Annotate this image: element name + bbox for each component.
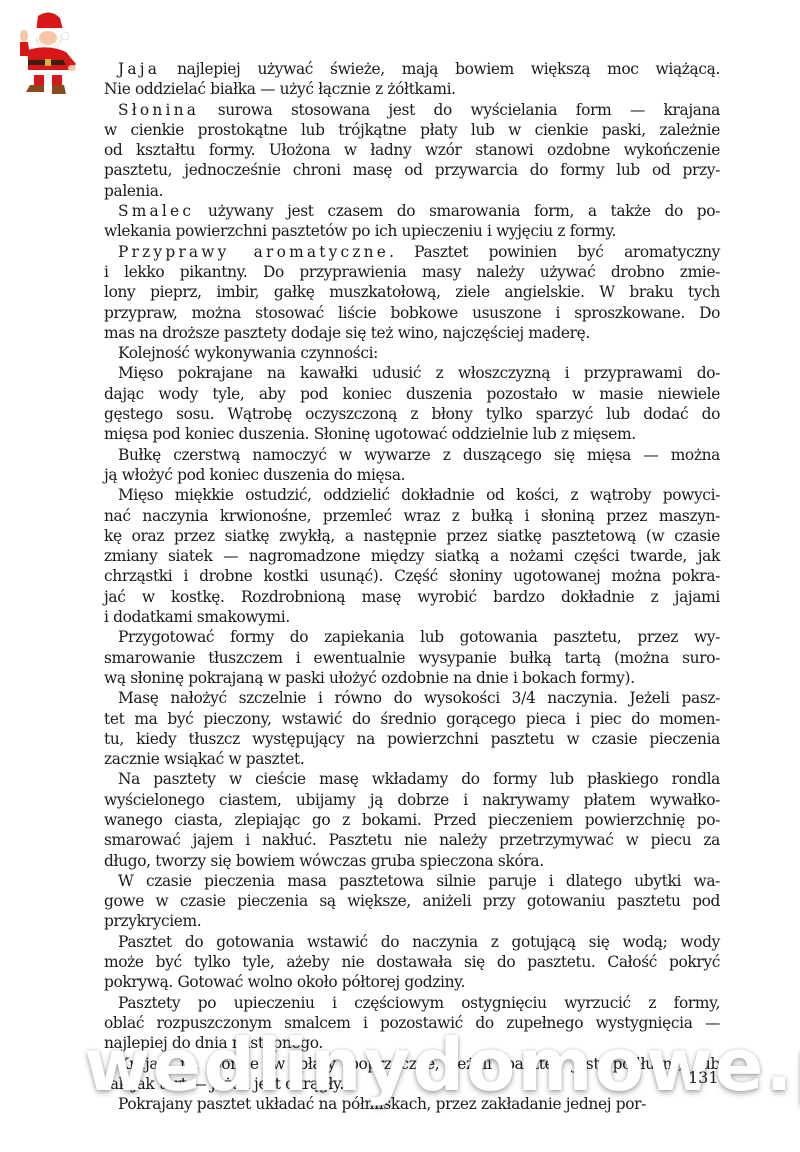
text-line: W czasie pieczenia masa pasztetowa silni…: [104, 871, 720, 891]
line-text: smarowanie tłuszczem i ewentualnie wysyp…: [104, 649, 720, 667]
line-text: od kształtu formy. Ułożona w ładny wzór …: [104, 141, 720, 159]
text-line: Bułkę czerstwą namoczyć w wywarze z dusz…: [104, 445, 720, 465]
text-line: Słonina surowa stosowana jest do wyściel…: [104, 100, 720, 120]
paragraph: Kolejność wykonywania czynności:: [104, 343, 720, 363]
watermark-text: wedlinydomowe.pl: [84, 1020, 704, 1110]
text-line: Nie oddzielać białka — użyć łącznie z żó…: [104, 79, 720, 99]
text-line: kę oraz przez siatkę zwykłą, a następnie…: [104, 526, 720, 546]
text-line: palenia.: [104, 181, 720, 201]
line-text: Masę nałożyć szczelnie i równo do wysoko…: [118, 689, 720, 707]
page-number: 131: [688, 1068, 719, 1087]
line-text: pokrywą. Gotować wolno około półtorej go…: [104, 973, 465, 991]
line-text: Kolejność wykonywania czynności:: [118, 344, 378, 362]
spaced-lead-term: Przyprawy aromatyczne: [118, 243, 389, 261]
line-text: długo, tworzy się bowiem wówczas gruba s…: [104, 852, 544, 870]
line-text: zacznie wsiąkać w pasztet.: [104, 750, 304, 768]
text-line: Mięso miękkie ostudzić, oddzielić dokład…: [104, 485, 720, 505]
text-line: mięsa pod koniec duszenia. Słoninę ugoto…: [104, 424, 720, 444]
line-text: chrząstki i drobne kostki usunąć). Część…: [104, 567, 720, 585]
paragraph: Jaja najlepiej używać świeże, mają bowie…: [104, 59, 720, 100]
text-line: gęstego sosu. Wątrobę oczyszczoną z błon…: [104, 404, 720, 424]
text-line: Przyprawy aromatyczne. Pasztet powinien …: [104, 242, 720, 262]
line-text: Mięso miękkie ostudzić, oddzielić dokład…: [118, 486, 720, 504]
text-line: Pasztet do gotowania wstawić do naczynia…: [104, 932, 720, 952]
line-text: tet ma być pieczony, wstawić do średnio …: [104, 710, 720, 728]
text-line: Przygotować formy do zapiekania lub goto…: [104, 627, 720, 647]
line-text: wanego ciasta, zlepiając go z bokami. Pr…: [104, 811, 720, 829]
text-line: nać naczynia krwionośne, przemleć wraz z…: [104, 506, 720, 526]
text-line: może być tylko tyle, ażeby nie dostawała…: [104, 952, 720, 972]
line-text: kę oraz przez siatkę zwykłą, a następnie…: [104, 527, 720, 545]
line-text: lony pieprz, imbir, gałkę muszkatołową, …: [104, 283, 720, 301]
paragraph: Bułkę czerstwą namoczyć w wywarze z dusz…: [104, 445, 720, 486]
line-text: W czasie pieczenia masa pasztetowa silni…: [118, 872, 720, 890]
text-line: zacznie wsiąkać w pasztet.: [104, 749, 720, 769]
paragraph: Mięso pokrajane na kawałki udusić z włos…: [104, 363, 720, 444]
paragraph: Smalec używany jest czasem do smarowania…: [104, 201, 720, 242]
spaced-lead-term: Smalec: [118, 202, 194, 220]
text-line: smarować jajem i nakłuć. Pasztetu nie na…: [104, 830, 720, 850]
document-page: Jaja najlepiej używać świeże, mają bowie…: [104, 59, 720, 1114]
line-text: tu, kiedy tłuszcz występujący na powierz…: [104, 730, 720, 748]
line-text: mas na droższe pasztety dodaje się też w…: [104, 324, 590, 342]
line-text: może być tylko tyle, ażeby nie dostawała…: [104, 953, 720, 971]
text-line: mas na droższe pasztety dodaje się też w…: [104, 323, 720, 343]
line-text: gowe w czasie pieczenia są większe, aniż…: [104, 892, 720, 910]
text-line: wą słoninę pokrajaną w paski ułożyć ozdo…: [104, 668, 720, 688]
paragraph: Mięso miękkie ostudzić, oddzielić dokład…: [104, 485, 720, 627]
text-line: od kształtu formy. Ułożona w ładny wzór …: [104, 140, 720, 160]
spaced-lead-term: Słonina: [118, 101, 199, 119]
text-line: Smalec używany jest czasem do smarowania…: [104, 201, 720, 221]
santa-claus-icon: [8, 8, 80, 98]
text-line: zmiany siatek — nagromadzone między siat…: [104, 546, 720, 566]
line-text: i dodatkami smakowymi.: [104, 608, 290, 626]
line-text: wyścielonego ciastem, ubijamy ją dobrze …: [104, 791, 720, 809]
line-text: używany jest czasem do smarowania form, …: [194, 202, 720, 220]
line-text: Nie oddzielać białka — użyć łącznie z żó…: [104, 80, 456, 98]
text-line: wlekania powierzchni pasztetów po ich up…: [104, 221, 720, 241]
line-text: mięsa pod koniec duszenia. Słoninę ugoto…: [104, 425, 636, 443]
text-line: gowe w czasie pieczenia są większe, aniż…: [104, 891, 720, 911]
text-line: przypraw, można stosować liście bobkowe …: [104, 303, 720, 323]
text-line: Mięso pokrajane na kawałki udusić z włos…: [104, 363, 720, 383]
line-text: gęstego sosu. Wątrobę oczyszczoną z błon…: [104, 405, 720, 423]
line-text: i lekko pikantny. Do przyprawienia masy …: [104, 263, 720, 281]
line-text: Bułkę czerstwą namoczyć w wywarze z dusz…: [118, 446, 720, 464]
text-line: w cienkie prostokątne lub trójkątne płat…: [104, 120, 720, 140]
line-text: najlepiej używać świeże, mają bowiem wię…: [160, 60, 720, 78]
text-line: tu, kiedy tłuszcz występujący na powierz…: [104, 729, 720, 749]
text-line: smarowanie tłuszczem i ewentualnie wysyp…: [104, 648, 720, 668]
text-line: Masę nałożyć szczelnie i równo do wysoko…: [104, 688, 720, 708]
paragraph: Przyprawy aromatyczne. Pasztet powinien …: [104, 242, 720, 343]
spaced-lead-term: Jaja: [118, 60, 160, 78]
text-line: Jaja najlepiej używać świeże, mają bowie…: [104, 59, 720, 79]
line-text: dając wody tyle, aby pod koniec duszenia…: [104, 385, 720, 403]
text-line: chrząstki i drobne kostki usunąć). Część…: [104, 566, 720, 586]
text-line: wanego ciasta, zlepiając go z bokami. Pr…: [104, 810, 720, 830]
line-text: Przygotować formy do zapiekania lub goto…: [118, 628, 720, 646]
line-text: surowa stosowana jest do wyścielania for…: [199, 101, 720, 119]
text-line: wyścielonego ciastem, ubijamy ją dobrze …: [104, 790, 720, 810]
paragraph: Masę nałożyć szczelnie i równo do wysoko…: [104, 688, 720, 769]
line-text: pasztetu, jednocześnie chroni masę od pr…: [104, 161, 720, 179]
line-text: nać naczynia krwionośne, przemleć wraz z…: [104, 507, 720, 525]
paragraph: Na pasztety w cieście masę wkładamy do f…: [104, 769, 720, 870]
text-line: lony pieprz, imbir, gałkę muszkatołową, …: [104, 282, 720, 302]
line-text: wlekania powierzchni pasztetów po ich up…: [104, 222, 616, 240]
line-text: przykryciem.: [104, 912, 201, 930]
text-line: długo, tworzy się bowiem wówczas gruba s…: [104, 851, 720, 871]
paragraph: Pasztet do gotowania wstawić do naczynia…: [104, 932, 720, 993]
text-line: dając wody tyle, aby pod koniec duszenia…: [104, 384, 720, 404]
text-line: tet ma być pieczony, wstawić do średnio …: [104, 709, 720, 729]
text-line: i lekko pikantny. Do przyprawienia masy …: [104, 262, 720, 282]
text-line: pasztetu, jednocześnie chroni masę od pr…: [104, 160, 720, 180]
line-text: Na pasztety w cieście masę wkładamy do f…: [118, 770, 720, 788]
paragraph: Słonina surowa stosowana jest do wyściel…: [104, 100, 720, 201]
line-text: wą słoninę pokrajaną w paski ułożyć ozdo…: [104, 669, 635, 687]
text-line: Pasztety po upieczeniu i częściowym osty…: [104, 993, 720, 1013]
text-line: jać w kostkę. Rozdrobnioną masę wyrobić …: [104, 587, 720, 607]
paragraph: W czasie pieczenia masa pasztetowa silni…: [104, 871, 720, 932]
line-text: w cienkie prostokątne lub trójkątne płat…: [104, 121, 720, 139]
line-text: ją włożyć pod koniec duszenia do mięsa.: [104, 466, 405, 484]
text-line: przykryciem.: [104, 911, 720, 931]
line-text: Pasztet do gotowania wstawić do naczynia…: [118, 933, 720, 951]
paragraph: Przygotować formy do zapiekania lub goto…: [104, 627, 720, 688]
line-text: Mięso pokrajane na kawałki udusić z włos…: [118, 364, 720, 382]
text-line: ją włożyć pod koniec duszenia do mięsa.: [104, 465, 720, 485]
text-line: pokrywą. Gotować wolno około półtorej go…: [104, 972, 720, 992]
text-line: Na pasztety w cieście masę wkładamy do f…: [104, 769, 720, 789]
line-text: zmiany siatek — nagromadzone między siat…: [104, 547, 720, 565]
line-text: smarować jajem i nakłuć. Pasztetu nie na…: [104, 831, 720, 849]
text-line: Kolejność wykonywania czynności:: [104, 343, 720, 363]
line-text: palenia.: [104, 182, 163, 200]
line-text: Pasztety po upieczeniu i częściowym osty…: [118, 994, 720, 1012]
line-text: przypraw, można stosować liście bobkowe …: [104, 304, 720, 322]
line-text: jać w kostkę. Rozdrobnioną masę wyrobić …: [104, 588, 720, 606]
text-line: i dodatkami smakowymi.: [104, 607, 720, 627]
line-text: . Pasztet powinien być aromatyczny: [389, 243, 720, 261]
